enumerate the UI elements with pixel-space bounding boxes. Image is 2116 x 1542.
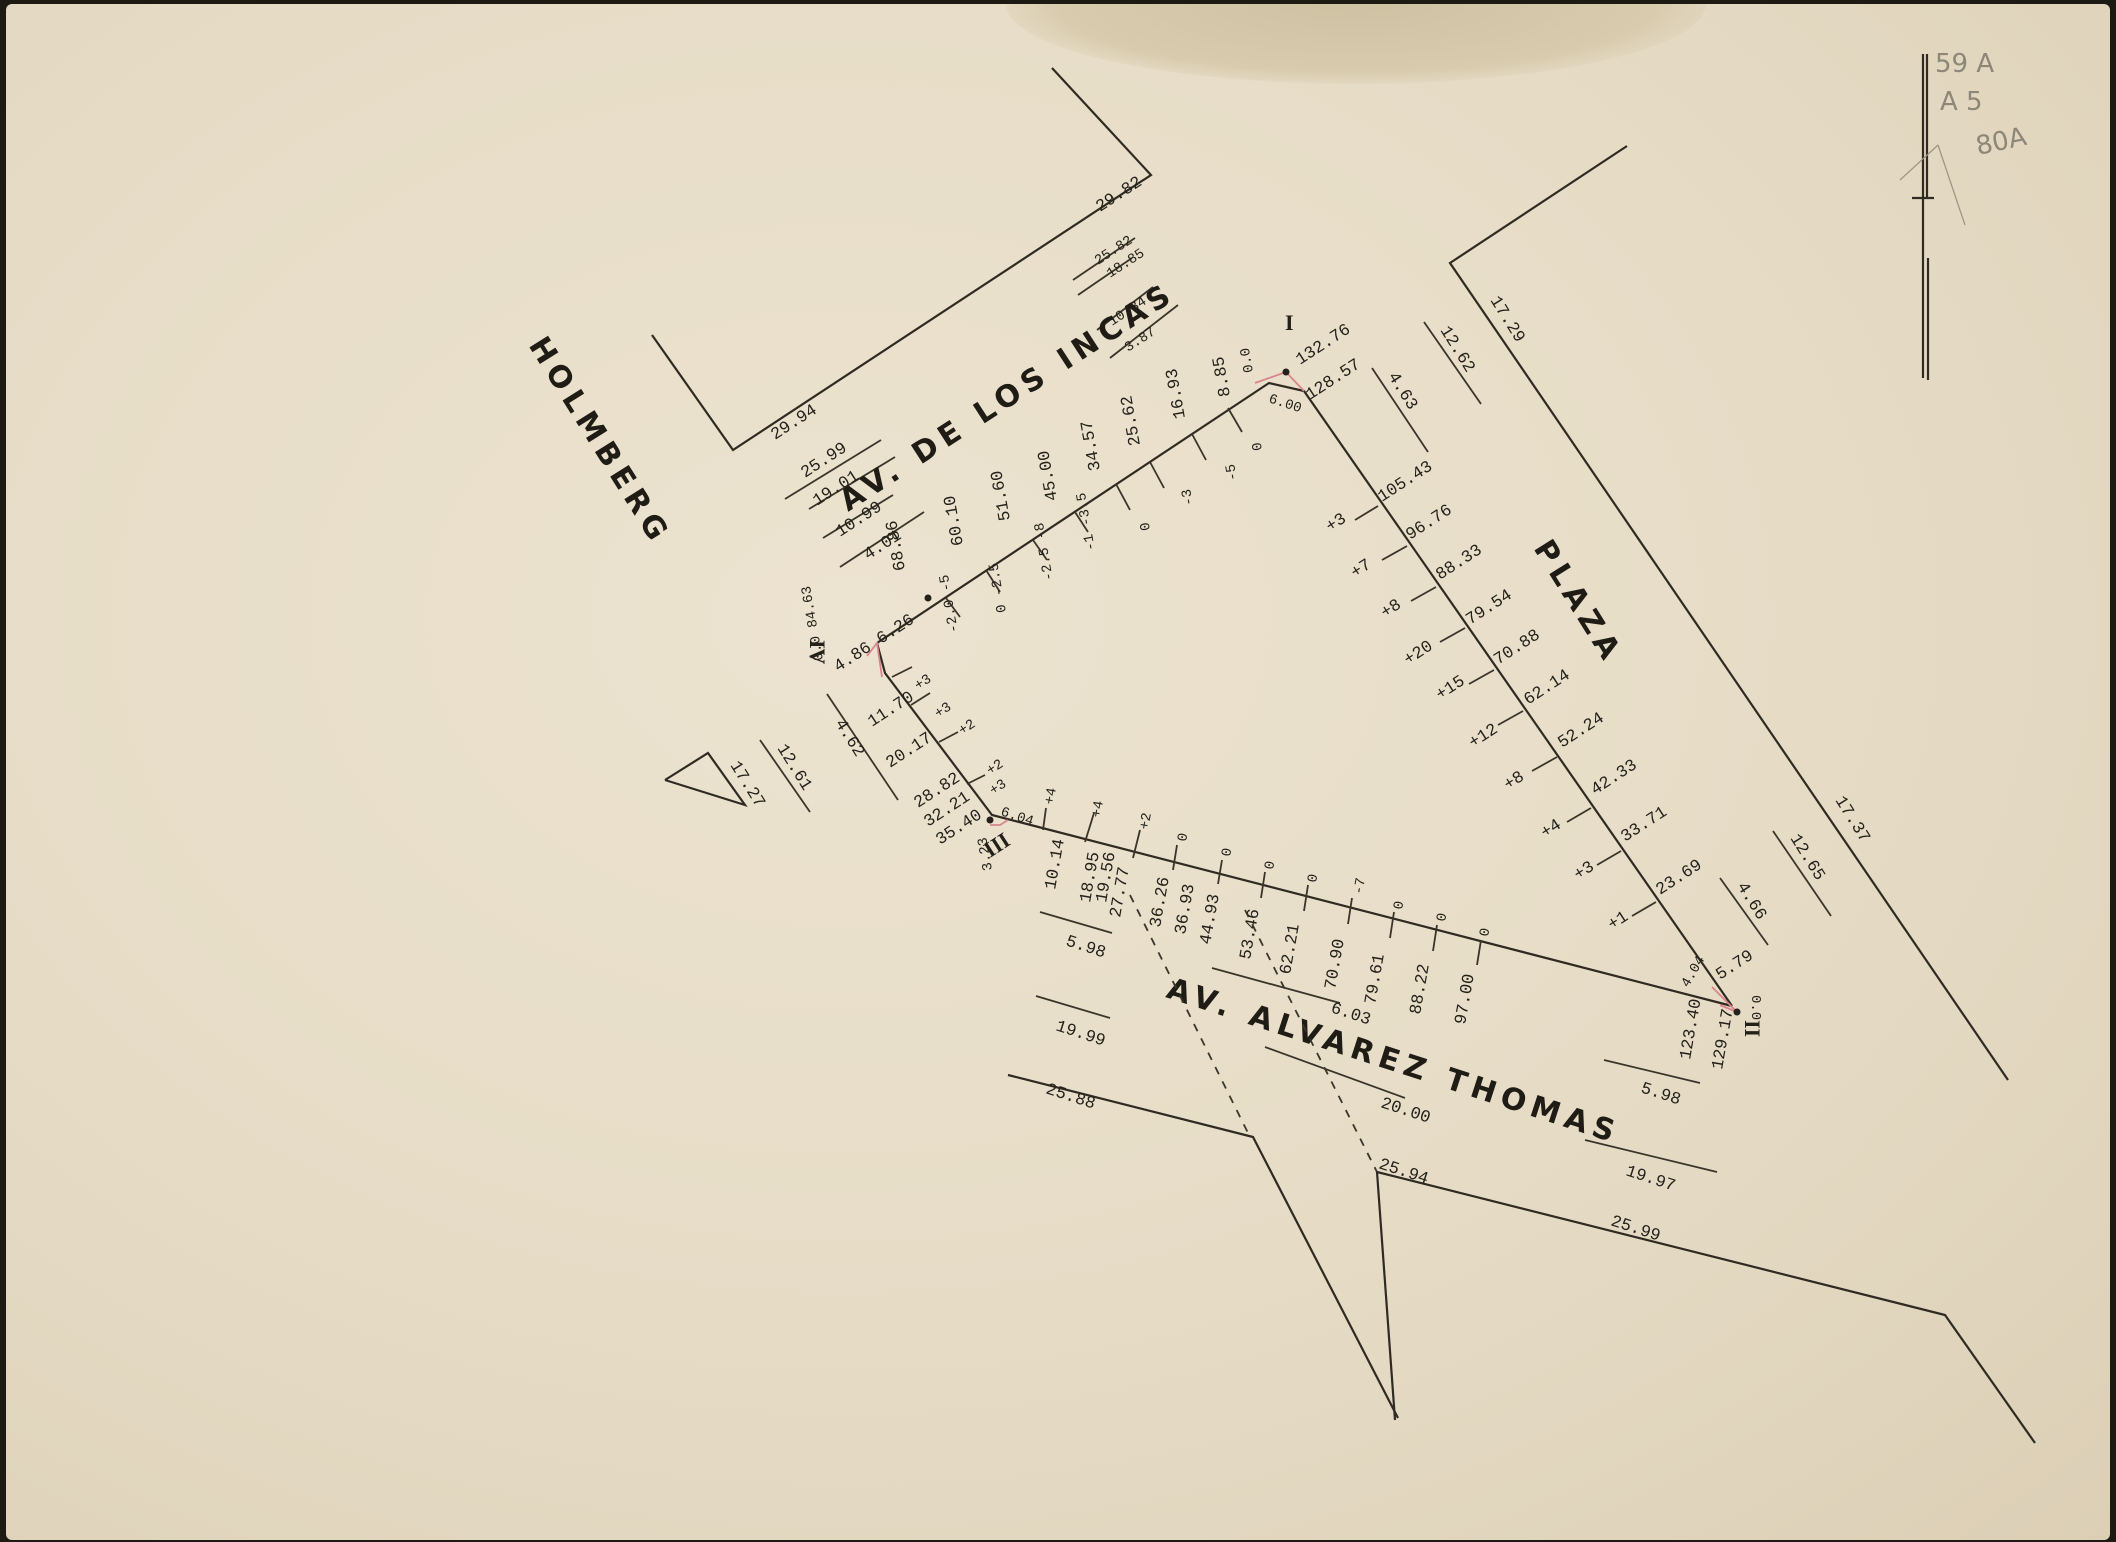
station-label-i: I — [1285, 310, 1294, 335]
thomas-boundary-left — [1008, 1075, 1398, 1418]
chainage-60-10: 60.10 — [941, 494, 969, 548]
chainage-62-21: 62.21 — [1277, 923, 1305, 977]
chainage-44-93: 44.93 — [1197, 893, 1225, 947]
offset: 0 — [1262, 860, 1279, 871]
dim-17-37: 17.37 — [1830, 793, 1873, 846]
offset: -2.0 -5 — [937, 573, 963, 634]
chainage-53-46: 53.46 — [1237, 908, 1265, 962]
offset: -7 — [1351, 877, 1370, 896]
dim-20-00: 20.00 — [1378, 1095, 1432, 1129]
plaza-boundary — [1450, 146, 2008, 1080]
dim-29-82: 29.82 — [1093, 173, 1146, 217]
street-label-holmberg: HOLMBERG — [521, 331, 677, 552]
handwritten-note-1: 59 A — [1935, 49, 1994, 79]
offset: +7 — [1348, 556, 1375, 583]
survey-map: 59 A A 5 80A 29.82 29.94 17.29 17.37 12.… — [0, 0, 2116, 1542]
dim-line — [1040, 912, 1112, 933]
offset: 0 — [1250, 441, 1267, 452]
corner-6-04: 6.04 — [998, 805, 1035, 831]
chainage-105-43: 105.43 — [1375, 458, 1437, 507]
offset: +2 — [1137, 812, 1156, 831]
chainage-97-00: 97.00 — [1452, 973, 1480, 1027]
offset: 0 — [1175, 832, 1192, 843]
chainage-10-14: 10.14 — [1042, 838, 1070, 892]
offset: +3 — [987, 777, 1010, 800]
offset: 0 — [1434, 912, 1451, 923]
station-label-ii: II — [1740, 1020, 1765, 1037]
chainage-88-22: 88.22 — [1407, 963, 1435, 1017]
offset: +1 — [1605, 908, 1632, 935]
offset: +12 — [1466, 720, 1502, 753]
offset: +2 — [956, 717, 979, 740]
chainage-5-79: 5.79 — [1713, 947, 1758, 985]
offset: +4 — [1089, 800, 1108, 819]
chainage-20-17: 20.17 — [883, 729, 936, 773]
chainage-88-33: 88.33 — [1433, 541, 1486, 585]
dim-5-98-left: 5.98 — [1063, 933, 1108, 964]
chainage-79-61: 79.61 — [1362, 953, 1390, 1007]
dim-4-62: 4.62 — [830, 716, 868, 761]
offset: -3 — [1179, 488, 1198, 507]
offset: +8 — [1501, 768, 1528, 795]
chainage-25-62: 25.62 — [1118, 394, 1146, 448]
offset: +20 — [1401, 637, 1437, 670]
offset: +3 — [912, 672, 935, 695]
chainage-36-93: 36.93 — [1172, 883, 1200, 937]
offset: +8 — [1378, 596, 1405, 623]
chainage-62-14: 62.14 — [1521, 666, 1574, 710]
street-label-plaza: PLAZA — [1526, 534, 1629, 671]
dim-19-99: 19.99 — [1053, 1018, 1107, 1052]
offset: 0 — [1477, 927, 1494, 938]
station-i-marker — [1283, 369, 1290, 376]
chainage-42-33: 42.33 — [1588, 756, 1641, 800]
chainage-123-40: 123.40 — [1677, 997, 1706, 1061]
dim-25-94: 25.94 — [1376, 1156, 1430, 1190]
corner-6-00: 6.00 — [1266, 392, 1303, 418]
dim-line — [1604, 1060, 1700, 1083]
station-iii-marker — [987, 817, 994, 824]
chainage-4-04: 4.04 — [1678, 953, 1709, 990]
offset: +2 — [984, 757, 1007, 780]
offset: 0 — [1391, 900, 1408, 911]
dim-line — [1585, 1140, 1717, 1172]
chainage-34-57: 34.57 — [1078, 419, 1106, 473]
offset: -2.5 -8 — [1032, 521, 1058, 582]
chainage-33-71: 33.71 — [1618, 803, 1671, 847]
dim-25-88: 25.88 — [1043, 1081, 1097, 1115]
chainage-0-0: 0.0 — [1238, 346, 1258, 374]
chainage-129-17: 129.17 — [1709, 1007, 1738, 1071]
offset: 0 — [1219, 847, 1236, 858]
chainage-16-93: 16.93 — [1163, 367, 1191, 421]
block-boundary-top-left — [652, 68, 1151, 450]
offset: +3 — [1323, 510, 1350, 537]
chainage-52-24: 52.24 — [1555, 709, 1608, 753]
offset: 0 -2.5 — [986, 561, 1011, 613]
offset: +3 — [1571, 858, 1598, 885]
dim-17-29: 17.29 — [1485, 293, 1528, 346]
dim-19-97: 19.97 — [1623, 1163, 1677, 1197]
offset: -5 — [1223, 463, 1242, 482]
traverse-polygon — [867, 372, 1737, 1012]
chainage-4-86: 4.86 6.26 — [831, 611, 918, 677]
chainage-iv: 0.0 84.63 — [799, 585, 828, 662]
dim-line — [1036, 996, 1110, 1018]
dim-29-94: 29.94 — [768, 401, 821, 445]
chainage-96-76: 96.76 — [1403, 501, 1456, 545]
chainage-51-60: 51.60 — [988, 469, 1016, 523]
chainage-45-00: 45.00 — [1035, 449, 1063, 503]
thomas-boundary-right — [1377, 1172, 2035, 1443]
offset: +4 — [1538, 816, 1565, 843]
station-iv-marker — [925, 595, 932, 602]
plaza-ticks — [1355, 506, 1656, 916]
street-label-alvarez-thomas: AV. ALVAREZ THOMAS — [1163, 971, 1625, 1151]
handwritten-note-3: 80A — [1973, 122, 2029, 162]
offset: +15 — [1433, 672, 1469, 705]
chainage-8-85: 8.85 — [1210, 355, 1236, 398]
dim-5-98-right: 5.98 — [1638, 1080, 1683, 1111]
offset: 0 — [1138, 521, 1155, 532]
offset: -1 -3.5 — [1074, 491, 1100, 552]
chainage-ii-0-0: 0.0 — [1747, 995, 1763, 1020]
chainage-70-88: 70.88 — [1491, 626, 1544, 670]
handwritten-note-2: A 5 — [1940, 87, 1983, 117]
dim-25-99-bottom: 25.99 — [1608, 1213, 1662, 1247]
offset: 0 — [1305, 873, 1322, 884]
chainage-36-26: 36.26 — [1147, 876, 1175, 930]
chainage-11-70: 11.70 — [865, 688, 918, 732]
offset: +3 — [932, 700, 955, 723]
chainage-70-90: 70.90 — [1322, 938, 1350, 992]
chainage-79-54: 79.54 — [1463, 586, 1516, 630]
chainage-68-86: 68.86 — [883, 519, 911, 573]
chainage-23-69: 23.69 — [1653, 856, 1706, 900]
offset: +4 — [1042, 787, 1061, 806]
